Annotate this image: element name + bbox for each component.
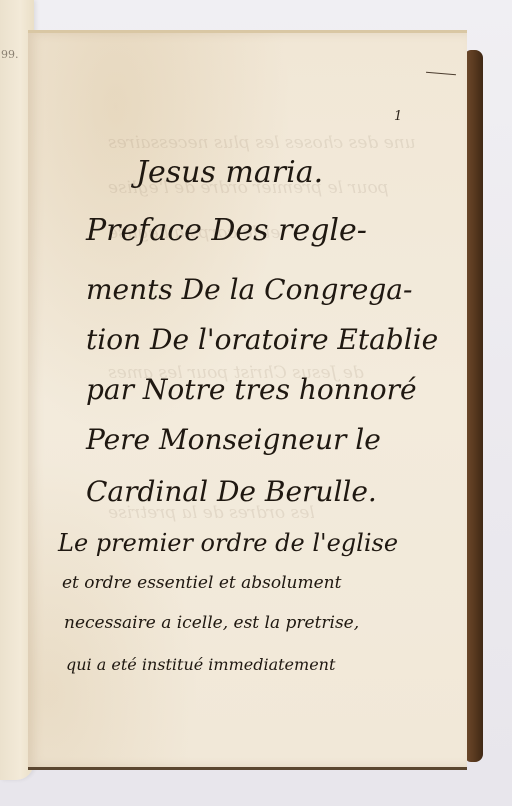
body-line-1: Le premier ordre de l'eglise <box>58 529 467 557</box>
body-line-3: necessaire a icelle, est la pretrise, <box>64 613 467 633</box>
title-line-5: Pere Monseigneur le <box>86 423 467 456</box>
title-line-6: Cardinal De Berulle. <box>86 475 467 508</box>
body-line-4: qui a eté institué immediatement <box>66 655 467 674</box>
body-line-2: et ordre essentiel et absolument <box>62 573 467 593</box>
manuscript-page: 1 une des choses les plus necessaires po… <box>28 30 467 770</box>
page-number: 1 <box>394 109 402 124</box>
title-line-4: par Notre tres honnoré <box>86 373 467 406</box>
title-line-2: ments De la Congrega- <box>86 273 467 306</box>
title-line-3: tion De l'oratoire Etablie <box>86 323 467 356</box>
bleed-through-text: une des choses les plus necessaires <box>108 133 416 153</box>
leather-cover-edge <box>465 50 483 762</box>
heading-invocation: Jesus maria. <box>136 155 467 190</box>
title-line-1: Preface Des regle- <box>86 213 467 248</box>
left-page-number: 99. <box>1 48 19 61</box>
pen-mark <box>426 72 456 76</box>
